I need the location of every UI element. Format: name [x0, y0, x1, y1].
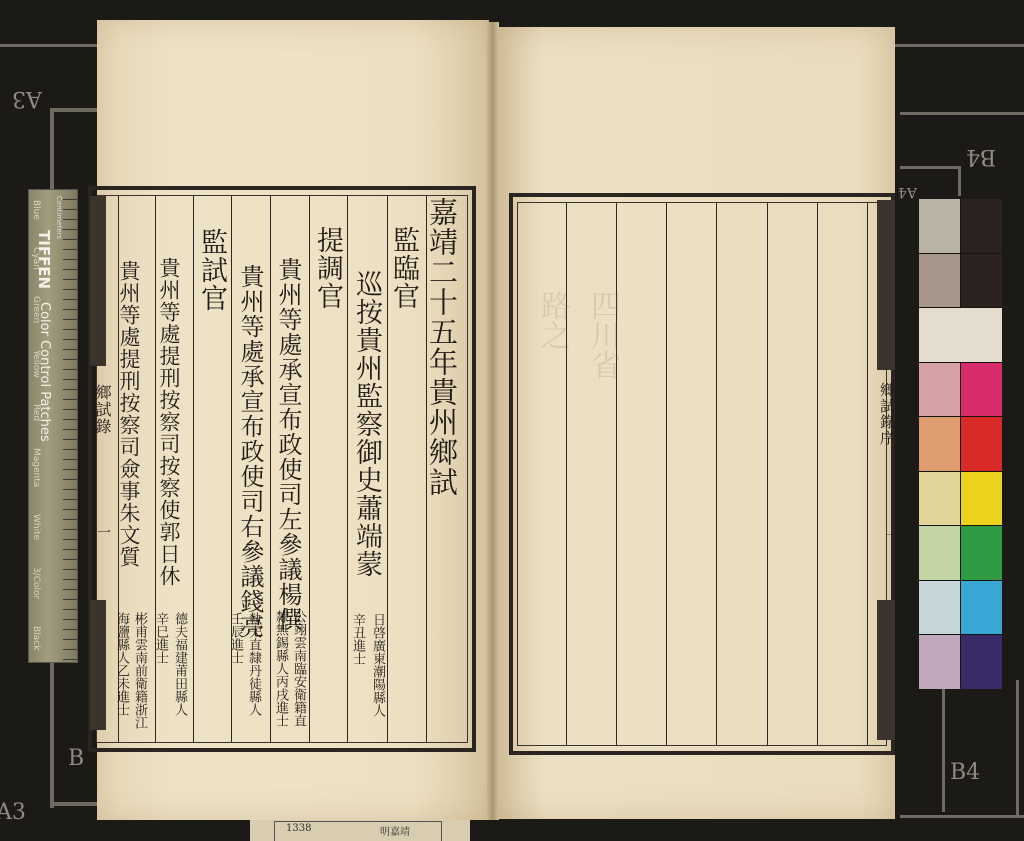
board-line: [900, 166, 960, 169]
bleed-through-text: 四川省: [580, 290, 624, 380]
heading-tidiao: 提調官: [312, 226, 342, 310]
heading-jianshi: 監試官: [196, 228, 226, 312]
left-fore-edge-label: 鄉試錄: [91, 384, 114, 435]
tiffen-logo: TIFFEN: [35, 230, 53, 289]
board-line: [900, 815, 1024, 818]
color-patch-card: [919, 199, 1002, 683]
column-rule: [566, 203, 567, 745]
board-label-a4: A4: [898, 184, 917, 200]
tiffen-label: White: [29, 514, 41, 540]
color-patch: [961, 199, 1002, 253]
column-rule: [867, 203, 868, 745]
book-gutter: [487, 22, 499, 820]
board-label-a3-top: A3: [12, 86, 42, 111]
color-patch: [961, 417, 1002, 471]
tiffen-label: Magenta: [29, 448, 41, 487]
note-qian-1: 執夫直隸丹徒縣人: [246, 612, 260, 716]
left-fore-edge-block-bottom: [90, 600, 106, 730]
official-qian-liang: 貴州等處承宣布政使司右參議錢亮: [236, 264, 264, 639]
board-line: [1016, 680, 1019, 815]
official-yang-zhuan: 貴州等處承宣布政使司左參議楊僎: [274, 257, 302, 632]
color-patch: [961, 472, 1002, 526]
tiffen-title: Color Control Patches: [37, 302, 52, 442]
column-rule: [270, 196, 271, 742]
color-patch: [919, 472, 960, 526]
board-label-b4-top: B4: [966, 144, 996, 169]
color-patch: [961, 254, 1002, 308]
official-guo-rixiu: 貴州等處提刑按察司按察使郭日休: [158, 257, 179, 587]
board-line: [958, 166, 961, 196]
note-qian-2: 壬辰進士: [228, 612, 242, 664]
column-rule: [716, 203, 717, 745]
color-patch: [961, 581, 1002, 635]
note-yang-2: 隸無錫縣人丙戌進士: [273, 610, 287, 727]
tiffen-label: Black: [29, 626, 41, 650]
color-patch: [919, 199, 960, 253]
right-fore-edge-block-bottom: [877, 600, 895, 740]
note-yang-1: 公翊雲南臨安衛籍直: [291, 610, 305, 727]
board-line: [900, 112, 1024, 115]
note-xiao-1: 日啓廣東潮陽縣人: [370, 613, 384, 717]
column-rule: [666, 203, 667, 745]
bleed-through-text: 路之: [530, 290, 574, 350]
call-slip-text: 明嘉靖: [380, 823, 410, 838]
color-patch: [919, 417, 960, 471]
color-patch-white: [919, 308, 1002, 362]
left-fore-edge-block-top: [90, 196, 106, 366]
tiffen-ruler-unit: Centimeters: [55, 196, 63, 239]
board-line: [50, 108, 98, 112]
column-rule: [616, 203, 617, 745]
call-slip-number: 1338: [286, 823, 311, 834]
color-patch: [919, 635, 960, 689]
board-label-a3-bottom: A3: [0, 800, 26, 825]
color-patch: [919, 254, 960, 308]
color-patch: [961, 526, 1002, 580]
tiffen-color-control-strip: Blue Cyan Green Yellow Red Magenta White…: [28, 189, 78, 663]
note-xiao-2: 辛丑進士: [350, 613, 364, 665]
right-fore-edge-block-top: [877, 200, 895, 370]
note-zhu-2: 海鹽縣人乙未進士: [114, 612, 128, 716]
left-fore-edge-page: 一: [93, 525, 113, 540]
note-zhu-1: 彬甫雲南前衛籍浙江: [132, 612, 146, 729]
official-zhu-wenzhi: 貴州等處提刑按察司僉事朱文質: [118, 260, 139, 568]
column-rule: [347, 196, 348, 742]
color-patch: [961, 363, 1002, 417]
note-guo-2: 辛巳進士: [153, 612, 167, 664]
right-fore-edge-page: 一: [880, 528, 899, 542]
tiffen-ruler: [63, 190, 77, 662]
right-fore-edge-label: 鄉試錄序: [877, 382, 898, 446]
board-label-b4-bottom: B4: [950, 760, 980, 785]
board-label-b: B: [68, 746, 84, 771]
exam-title: 嘉靖二十五年貴州鄉試: [426, 197, 458, 497]
color-patch: [919, 526, 960, 580]
color-patch: [919, 363, 960, 417]
right-frame-inner: [517, 202, 887, 746]
color-patch: [919, 581, 960, 635]
column-rule: [767, 203, 768, 745]
official-xiao-duanmeng: 巡按貴州監察御史蕭端蒙: [351, 270, 381, 578]
note-guo-1: 德夫福建莆田縣人: [172, 612, 186, 716]
column-rule: [817, 203, 818, 745]
column-rule: [193, 196, 194, 742]
tiffen-label: 3/Color: [29, 567, 41, 599]
tiffen-label: Blue: [29, 200, 41, 220]
tiffen-brand: TIFFEN Color Control Patches: [35, 230, 53, 442]
right-page-frame: [509, 193, 895, 755]
color-patch: [961, 635, 1002, 689]
heading-jianlin: 監臨官: [388, 226, 418, 310]
column-rule: [309, 196, 310, 742]
board-line: [942, 682, 945, 812]
